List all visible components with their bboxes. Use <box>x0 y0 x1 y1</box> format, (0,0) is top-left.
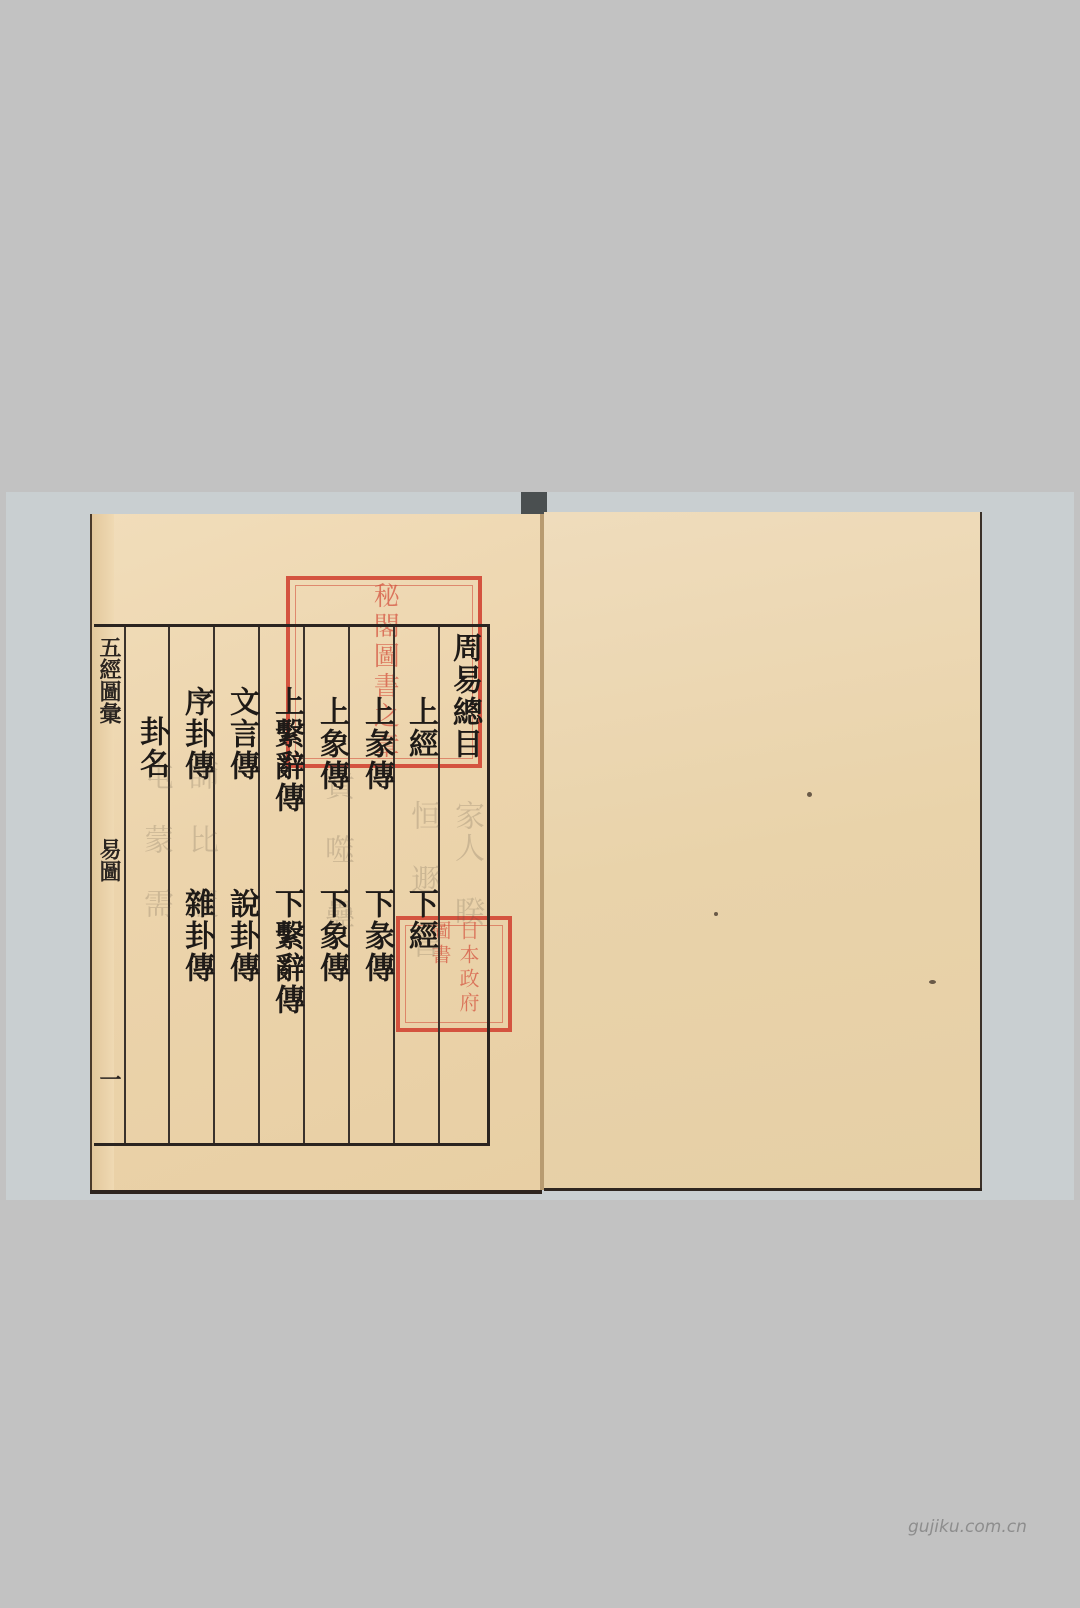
paper-spot <box>714 912 718 916</box>
toc-entry-lower: 下象傳 <box>311 888 351 984</box>
paper-spot <box>929 980 936 984</box>
right-page <box>544 512 982 1188</box>
margin-section-title: 易圖 <box>96 838 122 882</box>
toc-entry-upper: 上彖傳 <box>356 696 396 792</box>
margin-book-title: 五經圖彙 <box>96 636 122 724</box>
toc-entry-lower: 下經 <box>400 888 440 952</box>
frame-rule <box>94 624 124 627</box>
toc-entry-upper: 卦名 <box>131 716 171 780</box>
toc-entry-upper: 上象傳 <box>311 696 351 792</box>
toc-entry-upper: 文言傳 <box>221 686 261 782</box>
site-watermark: gujiku.com.cn <box>908 1517 1027 1537</box>
toc-title: 周易總目 <box>444 632 484 760</box>
toc-entry-upper: 序卦傳 <box>176 686 216 782</box>
toc-entry-upper: 上繫辭傳 <box>266 686 306 814</box>
paper-spot <box>807 792 812 797</box>
column-rule <box>124 627 126 1143</box>
toc-entry-lower: 雜卦傳 <box>176 888 216 984</box>
show-through-text: 屯 蒙 需 <box>135 760 175 920</box>
frame-rule <box>94 1143 124 1146</box>
toc-entry-upper: 上經 <box>400 696 440 760</box>
toc-entry-lower: 下繫辭傳 <box>266 888 306 1016</box>
show-through-text: 家人 睽 <box>446 800 486 928</box>
toc-entry-lower: 下彖傳 <box>356 888 396 984</box>
margin-page-number: 一 <box>96 1068 122 1090</box>
toc-entry-lower: 說卦傳 <box>221 888 261 984</box>
